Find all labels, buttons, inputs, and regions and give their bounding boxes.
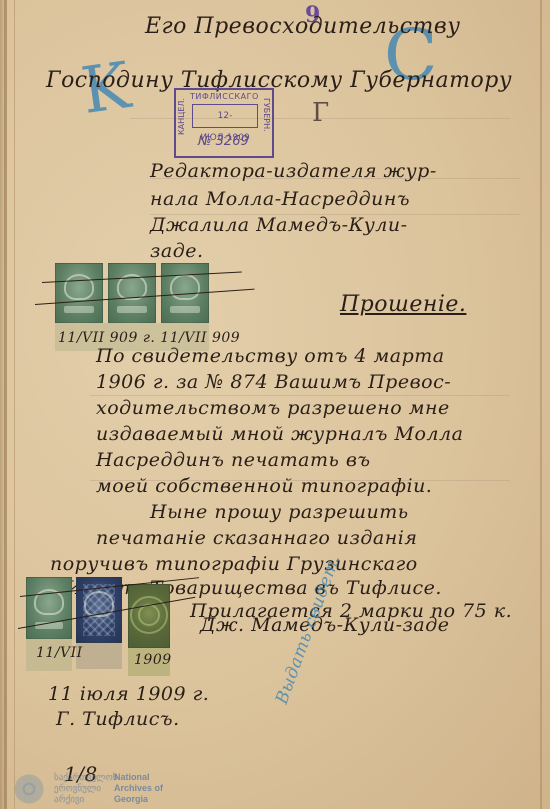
stamp-header: ТИФЛИССКАГО bbox=[190, 92, 259, 101]
signature: Дж. Мамедъ-Кули-заде bbox=[200, 614, 450, 636]
stamp-cancellation-right: 1909 bbox=[134, 652, 172, 668]
body-line: Ныне прошу разрешить bbox=[150, 501, 409, 523]
body-line: моей собственной типографіи. bbox=[96, 475, 432, 497]
body-line: По свидетельству отъ 4 марта bbox=[96, 345, 445, 367]
stamp-cancellation-left: 11/VII bbox=[36, 645, 83, 661]
revenue-stamp bbox=[108, 263, 156, 323]
watermark-georgian: საქართველოს ეროვნული არქივი bbox=[54, 772, 106, 805]
address-line-1: Его Превосходительству bbox=[145, 14, 460, 39]
stamp-cancellation-date: 11/VII 909 г. 11/VII 909 bbox=[58, 330, 240, 346]
archive-logo-icon bbox=[12, 774, 46, 804]
petitioner-line: заде. bbox=[150, 240, 204, 262]
address-line-2: Господину Тифлисскому Губернатору bbox=[46, 68, 512, 93]
watermark-line: Georgia bbox=[114, 794, 163, 805]
petitioner-line: Редактора-издателя жур- bbox=[150, 160, 437, 182]
body-line: ходительствомъ разрешено мне bbox=[96, 397, 450, 419]
page-edge-right bbox=[540, 0, 542, 809]
stamp-right-text: ГУБЕРН. bbox=[262, 98, 271, 132]
petition-title-text: Прошеніе. bbox=[340, 292, 466, 317]
revenue-stamp bbox=[128, 584, 170, 648]
body-line: издаваемый мной журналъ Молла bbox=[96, 423, 463, 445]
petitioner-line: нала Молла-Насреддинъ bbox=[150, 188, 410, 210]
body-line: Издат. Товарищества въ Тифлисе. bbox=[66, 577, 442, 599]
petitioner-line: Джалила Мамедъ-Кули- bbox=[150, 214, 408, 236]
date-line: 11 іюля 1909 г. bbox=[48, 683, 209, 705]
watermark-line: Archives of bbox=[114, 783, 163, 794]
document-page: 9 K C Г Его Превосходительству Господину… bbox=[0, 0, 550, 809]
watermark-line: National bbox=[114, 772, 163, 783]
place-line: Г. Тифлисъ. bbox=[56, 708, 180, 730]
stamp-left-text: КАНЦЕЛ. bbox=[177, 98, 186, 135]
binding-edge bbox=[4, 0, 7, 809]
binding-fold bbox=[14, 0, 15, 809]
body-line: 1906 г. за № 874 Вашимъ Превос- bbox=[96, 371, 451, 393]
ruled-line bbox=[90, 395, 510, 396]
revenue-stamp-stub bbox=[76, 643, 122, 669]
body-line: Насреддинъ печатать въ bbox=[96, 449, 371, 471]
revenue-stamp bbox=[26, 577, 72, 639]
watermark-english: National Archives of Georgia bbox=[114, 772, 163, 805]
office-received-stamp: ТИФЛИССКАГО КАНЦЕЛ. ГУБЕРН. 12-ИЮЛ-1909 … bbox=[174, 88, 274, 158]
pencil-mark: Г bbox=[312, 98, 330, 128]
petition-title: Прошеніе. bbox=[340, 292, 466, 317]
revenue-stamp bbox=[55, 263, 103, 323]
body-line: поручивъ типографіи Грузинскаго bbox=[50, 553, 418, 575]
stamp-date: 12-ИЮЛ-1909 bbox=[192, 104, 258, 128]
stamp-number: № 3269 bbox=[198, 134, 249, 149]
body-line: печатаніе сказаннаго изданія bbox=[96, 527, 417, 549]
